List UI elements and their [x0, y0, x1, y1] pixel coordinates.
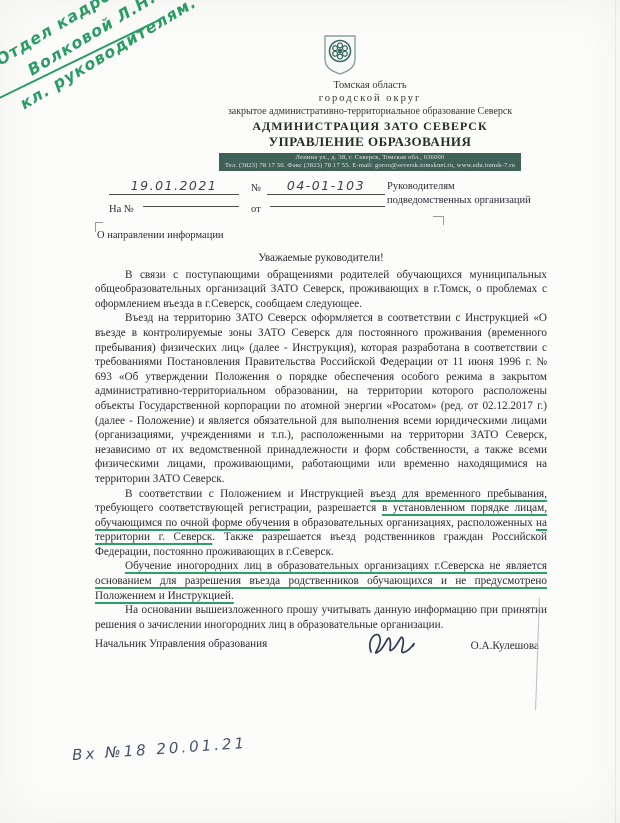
letter-subject: О направлении информации [97, 230, 224, 241]
from-label: от [251, 204, 261, 215]
paragraph-3-text: требующего соответствующей регистрации, … [95, 502, 382, 514]
from-date-field [270, 190, 385, 207]
paragraph-2: Въезд на территорию ЗАТО Северск оформля… [95, 311, 547, 486]
addressee: Руководителям подведомственных организац… [387, 180, 547, 207]
letterhead-entity: закрытое административно-территориальное… [150, 105, 590, 119]
signer-name: О.А.Кулешова [471, 640, 539, 652]
handwritten-signature [363, 624, 425, 660]
scan-page-edge [615, 0, 616, 823]
letterhead-contact-band: Ленина ул., д. 38, г. Северск, Томская о… [219, 153, 521, 171]
letterhead-contacts: Тел. (3823) 78 17 50. Факс (3823) 78 17 … [225, 162, 515, 170]
on-number-label: На № [109, 204, 134, 215]
signature-block: Начальник Управления образования О.А.Кул… [95, 634, 547, 674]
paragraph-5: На основании вышеизложенного прошу учиты… [95, 603, 547, 632]
paragraph-3-text: в образовательных организациях, располож… [290, 517, 536, 529]
paragraph-3-text: В соответствии с Положением и Инструкцие… [125, 488, 370, 500]
letterhead: Томская область городской округ закрытое… [150, 34, 590, 172]
number-sign-label: № [251, 183, 261, 194]
paragraph-4: Обучение иногородних лиц в образовательн… [95, 559, 547, 603]
letterhead-address: Ленина ул., д. 38, г. Северск, Томская о… [225, 154, 515, 162]
green-underlined-phrase: въезд для временного пребывания, [370, 488, 547, 500]
scanned-letter-page: Отдел кадров Волковой Л.Н. кл. руководит… [0, 0, 620, 823]
addressee-line: подведомственных организаций [387, 194, 547, 208]
letterhead-region: Томская область [150, 79, 590, 92]
requisites-block: 19.01.2021 № 04-01-103 На № от Руководит… [95, 180, 547, 260]
letter-body: Уважаемые руководители! В связи с поступ… [95, 251, 547, 632]
on-number-field [143, 190, 239, 207]
green-underlined-phrase: обучающимся по очной форме обучения [95, 517, 290, 529]
green-underlined-phrase: в установленном порядке лицам, [382, 502, 547, 514]
paragraph-1: В связи с поступающими обращениями родит… [95, 268, 547, 312]
letterhead-administration: АДМИНИСТРАЦИЯ ЗАТО СЕВЕРСК [150, 119, 590, 134]
seversk-coat-of-arms-icon [322, 34, 358, 76]
paragraph-3: В соответствии с Положением и Инструкцие… [95, 487, 547, 560]
signer-position: Начальник Управления образования [95, 638, 267, 650]
letterhead-district: городской округ [150, 92, 590, 105]
addressee-line: Руководителям [387, 180, 547, 194]
salutation: Уважаемые руководители! [95, 251, 547, 266]
letterhead-department: УПРАВЛЕНИЕ ОБРАЗОВАНИЯ [150, 134, 590, 150]
form-corner-mark-right [433, 216, 444, 225]
green-underlined-paragraph: Обучение иногородних лиц в образовательн… [95, 560, 547, 601]
incoming-stamp-handwriting: Вх №18 20.01.21 [72, 734, 248, 764]
